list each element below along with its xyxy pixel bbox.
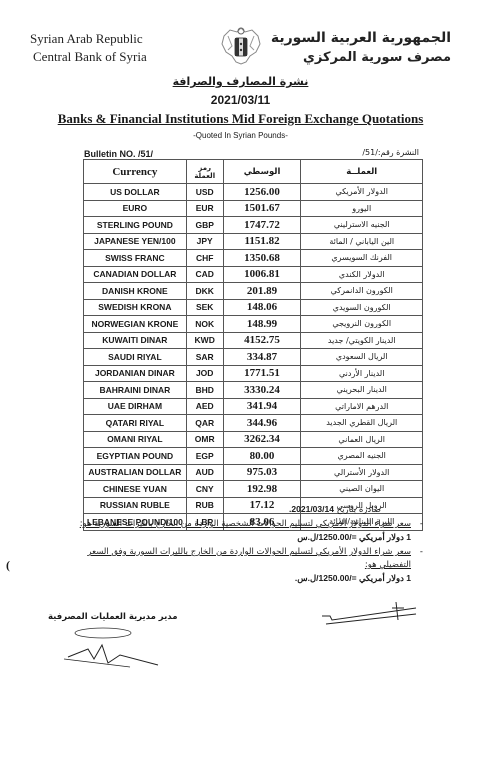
bulletin-date: 2021/03/11 — [0, 93, 481, 107]
currency-name-arabic: الدينار الأردني — [301, 365, 423, 382]
currency-name: CHINESE YUAN — [84, 481, 187, 498]
currency-name-arabic: الجنيه الاسترليني — [301, 217, 423, 234]
table-row: UAE DIRHAMAED341.94الدرهم الاماراتي — [84, 398, 423, 415]
currency-code: CAD — [186, 266, 223, 283]
header-currency-arabic: العملــة — [301, 160, 423, 184]
currency-code: USD — [186, 184, 223, 201]
mid-rate: 1771.51 — [223, 365, 301, 382]
note-amount: 1 دولار أمريكي =/1250.00/ل.س — [60, 531, 411, 545]
table-row: NORWEGIAN KRONENOK148.99الكورون النرويجي — [84, 316, 423, 333]
currency-name: NORWEGIAN KRONE — [84, 316, 187, 333]
currency-name: BAHRAINI DINAR — [84, 382, 187, 399]
mid-rate: 975.03 — [223, 464, 301, 481]
header-code: رمز العملة — [186, 160, 223, 184]
table-row: SWISS FRANCCHF1350.68الفرنك السويسري — [84, 250, 423, 267]
margin-mark: ( — [6, 558, 10, 573]
currency-name: US DOLLAR — [84, 184, 187, 201]
table-header-row: Currency رمز العملة الوسطي العملــة — [84, 160, 423, 184]
currency-code: JPY — [186, 233, 223, 250]
signature-right-icon — [320, 600, 420, 630]
note-preferential-rate: - سعر شراء الدولار الأمريكي لتسليم الحوا… — [60, 546, 423, 586]
issued-date: صادرة بتاريخ 2021/03/14. — [289, 504, 381, 515]
currency-code: CNY — [186, 481, 223, 498]
currency-name-arabic: الدولار الأمريكي — [301, 184, 423, 201]
note-amount: 1 دولار أمريكي =/1250.00/ل.س. — [60, 572, 411, 586]
currency-name-arabic: الدولار الأسترالي — [301, 464, 423, 481]
table-row: AUSTRALIAN DOLLARAUD975.03الدولار الأستر… — [84, 464, 423, 481]
currency-name: AUSTRALIAN DOLLAR — [84, 464, 187, 481]
currency-code: AUD — [186, 464, 223, 481]
currency-code: DKK — [186, 283, 223, 300]
mid-rate: 3330.24 — [223, 382, 301, 399]
mid-rate: 1006.81 — [223, 266, 301, 283]
currency-name-arabic: الكورون السويدي — [301, 299, 423, 316]
mid-rate: 201.89 — [223, 283, 301, 300]
currency-code: JOD — [186, 365, 223, 382]
note-personal-transfers: - سعر شراء الدولار الأمريكي لتسليم الحوا… — [60, 518, 423, 545]
currency-name-arabic: اليوان الصيني — [301, 481, 423, 498]
currency-code: CHF — [186, 250, 223, 267]
mid-rate: 1501.67 — [223, 200, 301, 217]
currency-name: JORDANIAN DINAR — [84, 365, 187, 382]
table-row: EUROEUR1501.67اليورو — [84, 200, 423, 217]
table-row: KUWAITI DINARKWD4152.75الدينار الكويتي/ … — [84, 332, 423, 349]
mid-rate: 1350.68 — [223, 250, 301, 267]
currency-name: JAPANESE YEN/100 — [84, 233, 187, 250]
currency-name: QATARI RIYAL — [84, 415, 187, 432]
country-name-arabic: الجمهورية العربية السورية — [271, 28, 451, 48]
currency-name-arabic: الين الياباني / المائة — [301, 233, 423, 250]
currency-name-arabic: الدينار الكويتي/ جديد — [301, 332, 423, 349]
bank-name: Central Bank of Syria — [30, 48, 147, 66]
title-english: Banks & Financial Institutions Mid Forei… — [0, 111, 481, 127]
currency-code: SEK — [186, 299, 223, 316]
currency-name: SWISS FRANC — [84, 250, 187, 267]
currency-name-arabic: الريال العماني — [301, 431, 423, 448]
issued-label: صادرة بتاريخ — [337, 505, 381, 515]
currency-name-arabic: الدينار البحريني — [301, 382, 423, 399]
currency-code: OMR — [186, 431, 223, 448]
currency-name-arabic: الكورون النرويجي — [301, 316, 423, 333]
table-row: BAHRAINI DINARBHD3330.24الدينار البحريني — [84, 382, 423, 399]
exchange-rate-table: Currency رمز العملة الوسطي العملــة US D… — [83, 159, 423, 531]
mid-rate: 192.98 — [223, 481, 301, 498]
table-row: SWEDISH KRONASEK148.06الكورون السويدي — [84, 299, 423, 316]
currency-name-arabic: الريال القطري الجديد — [301, 415, 423, 432]
currency-name: EURO — [84, 200, 187, 217]
header-english: Syrian Arab Republic Central Bank of Syr… — [30, 30, 147, 66]
currency-name: STERLING POUND — [84, 217, 187, 234]
quoted-subtitle: -Quoted In Syrian Pounds- — [0, 131, 481, 140]
currency-name: SWEDISH KRONA — [84, 299, 187, 316]
table-row: SAUDI RIYALSAR334.87الريال السعودي — [84, 349, 423, 366]
bulletin-number-arabic: النشرة رقم:/51/ — [362, 148, 419, 157]
currency-name: RUSSIAN RUBLE — [84, 497, 187, 514]
notes-section: - سعر شراء الدولار الأمريكي لتسليم الحوا… — [60, 518, 423, 587]
mid-rate: 148.99 — [223, 316, 301, 333]
mid-rate: 80.00 — [223, 448, 301, 465]
currency-name-arabic: الريال السعودي — [301, 349, 423, 366]
table-row: CANADIAN DOLLARCAD1006.81الدولار الكندي — [84, 266, 423, 283]
header-arabic: الجمهورية العربية السورية مصرف سورية الم… — [271, 28, 451, 68]
syrian-eagle-emblem-icon — [216, 22, 266, 70]
currency-code: BHD — [186, 382, 223, 399]
mid-rate: 3262.34 — [223, 431, 301, 448]
mid-rate: 1256.00 — [223, 184, 301, 201]
currency-name-arabic: اليورو — [301, 200, 423, 217]
table-row: JAPANESE YEN/100JPY1151.82الين الياباني … — [84, 233, 423, 250]
note-text: سعر شراء الدولار الأمريكي لتسليم الحوالا… — [80, 519, 411, 529]
mid-rate: 344.96 — [223, 415, 301, 432]
currency-code: GBP — [186, 217, 223, 234]
currency-name: OMANI RIYAL — [84, 431, 187, 448]
currency-code: QAR — [186, 415, 223, 432]
mid-rate: 1747.72 — [223, 217, 301, 234]
title-arabic: نشرة المصارف والصرافة — [0, 75, 481, 88]
mid-rate: 1151.82 — [223, 233, 301, 250]
table-row: EGYPTIAN POUNDEGP80.00الجنيه المصري — [84, 448, 423, 465]
currency-code: SAR — [186, 349, 223, 366]
currency-name-arabic: الدرهم الاماراتي — [301, 398, 423, 415]
mid-rate: 334.87 — [223, 349, 301, 366]
mid-rate: 341.94 — [223, 398, 301, 415]
header-mid-rate: الوسطي — [223, 160, 301, 184]
table-row: US DOLLARUSD1256.00الدولار الأمريكي — [84, 184, 423, 201]
currency-name-arabic: الجنيه المصري — [301, 448, 423, 465]
table-row: CHINESE YUANCNY192.98اليوان الصيني — [84, 481, 423, 498]
currency-name: KUWAITI DINAR — [84, 332, 187, 349]
header-currency: Currency — [84, 160, 187, 184]
signature-left-icon — [60, 625, 170, 675]
currency-name: DANISH KRONE — [84, 283, 187, 300]
table-row: JORDANIAN DINARJOD1771.51الدينار الأردني — [84, 365, 423, 382]
issued-date-value: 2021/03/14. — [289, 504, 334, 514]
currency-name-arabic: الفرنك السويسري — [301, 250, 423, 267]
currency-code: NOK — [186, 316, 223, 333]
signature-title: مدير مديرية العمليات المصرفية — [48, 612, 177, 622]
currency-name: SAUDI RIYAL — [84, 349, 187, 366]
bank-name-arabic: مصرف سورية المركزي — [271, 48, 451, 68]
table-row: OMANI RIYALOMR3262.34الريال العماني — [84, 431, 423, 448]
currency-code: RUB — [186, 497, 223, 514]
currency-code: AED — [186, 398, 223, 415]
currency-name: CANADIAN DOLLAR — [84, 266, 187, 283]
currency-name-arabic: الدولار الكندي — [301, 266, 423, 283]
country-name: Syrian Arab Republic — [30, 30, 147, 48]
currency-code: EGP — [186, 448, 223, 465]
table-row: DANISH KRONEDKK201.89الكورون الدانمركي — [84, 283, 423, 300]
mid-rate: 4152.75 — [223, 332, 301, 349]
currency-name-arabic: الكورون الدانمركي — [301, 283, 423, 300]
currency-code: KWD — [186, 332, 223, 349]
currency-name: EGYPTIAN POUND — [84, 448, 187, 465]
currency-code: EUR — [186, 200, 223, 217]
table-row: STERLING POUNDGBP1747.72الجنيه الاسترلين… — [84, 217, 423, 234]
mid-rate: 148.06 — [223, 299, 301, 316]
currency-name: UAE DIRHAM — [84, 398, 187, 415]
note-text: سعر شراء الدولار الأمريكي لتسليم الحوالا… — [87, 547, 411, 570]
table-row: QATARI RIYALQAR344.96الريال القطري الجدي… — [84, 415, 423, 432]
bulletin-number: Bulletin NO. /51/ — [84, 149, 153, 159]
